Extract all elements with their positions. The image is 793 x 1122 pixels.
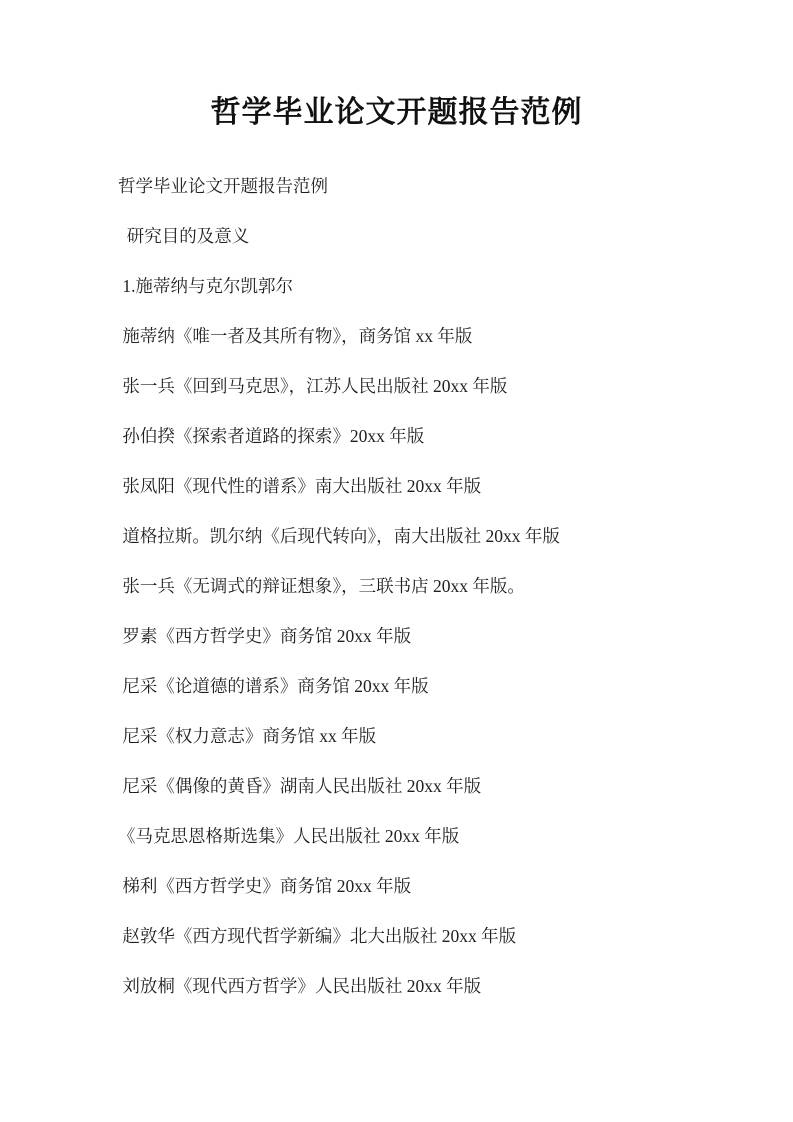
paragraph-line: 尼采《偶像的黄昏》湖南人民出版社 20xx 年版 (118, 775, 733, 797)
paragraph-line: 孙伯揆《探索者道路的探索》20xx 年版 (118, 425, 733, 447)
document-title: 哲学毕业论文开题报告范例 (0, 0, 793, 134)
paragraph-line: 尼采《权力意志》商务馆 xx 年版 (118, 725, 733, 747)
paragraph-line: 哲学毕业论文开题报告范例 (118, 175, 733, 197)
paragraph-line: 刘放桐《现代西方哲学》人民出版社 20xx 年版 (118, 975, 733, 997)
document-page: 哲学毕业论文开题报告范例 哲学毕业论文开题报告范例 研究目的及意义 1.施蒂纳与… (0, 0, 793, 1122)
paragraph-line: 《马克思恩格斯选集》人民出版社 20xx 年版 (118, 825, 733, 847)
paragraph-line: 研究目的及意义 (118, 225, 733, 247)
paragraph-line: 道格拉斯。凯尔纳《后现代转向》，南大出版社 20xx 年版 (118, 525, 733, 547)
paragraph-line: 赵敦华《西方现代哲学新编》北大出版社 20xx 年版 (118, 925, 733, 947)
paragraph-line: 罗素《西方哲学史》商务馆 20xx 年版 (118, 625, 733, 647)
paragraph-line: 1.施蒂纳与克尔凯郭尔 (118, 275, 733, 297)
document-body: 哲学毕业论文开题报告范例 研究目的及意义 1.施蒂纳与克尔凯郭尔 施蒂纳《唯一者… (0, 134, 793, 997)
paragraph-line: 梯利《西方哲学史》商务馆 20xx 年版 (118, 875, 733, 897)
paragraph-line: 尼采《论道德的谱系》商务馆 20xx 年版 (118, 675, 733, 697)
paragraph-line: 施蒂纳《唯一者及其所有物》，商务馆 xx 年版 (118, 325, 733, 347)
paragraph-line: 张凤阳《现代性的谱系》南大出版社 20xx 年版 (118, 475, 733, 497)
paragraph-line: 张一兵《回到马克思》，江苏人民出版社 20xx 年版 (118, 375, 733, 397)
paragraph-line: 张一兵《无调式的辩证想象》，三联书店 20xx 年版。 (118, 575, 733, 597)
